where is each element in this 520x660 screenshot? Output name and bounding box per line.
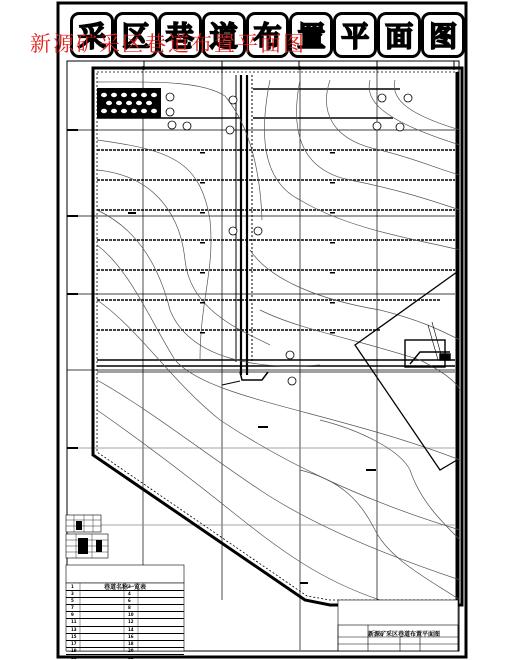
title-char: 图 [421,12,465,58]
mine-layout-plan [0,0,520,660]
title-char: 面 [377,12,421,58]
legend-row: 1314 [66,627,184,634]
legend-row: 1112 [66,619,184,626]
legend-row: 56 [66,598,184,605]
title-block-drawing-name: 新源矿采区巷道布置平面图 [368,629,440,638]
legend-row: 1920 [66,648,184,655]
title-char: 平 [333,12,377,58]
legend-row: 910 [66,612,184,619]
roadways [97,89,455,372]
legend-table-rows: 12345678910111213141516171819202122 [66,584,184,660]
legend-row: 1516 [66,634,184,641]
mining-boundary [93,68,462,605]
legend-row: 78 [66,605,184,612]
circle-labels [166,93,412,385]
drawing-sheet: 采 区 巷 道 布 置 平 面 图 新源矿采区巷道布置平面图 巷道名称一览表 1… [0,0,520,660]
legend-row: 12 [66,584,184,591]
legend-row: 1718 [66,641,184,648]
title-block [338,600,458,651]
fault-line [355,272,457,470]
watermark-title: 新源矿采区巷道布置平面图 [30,28,306,58]
legend-row: 34 [66,591,184,598]
coordinate-grid [67,66,455,650]
legend-row: 2122 [66,655,184,660]
